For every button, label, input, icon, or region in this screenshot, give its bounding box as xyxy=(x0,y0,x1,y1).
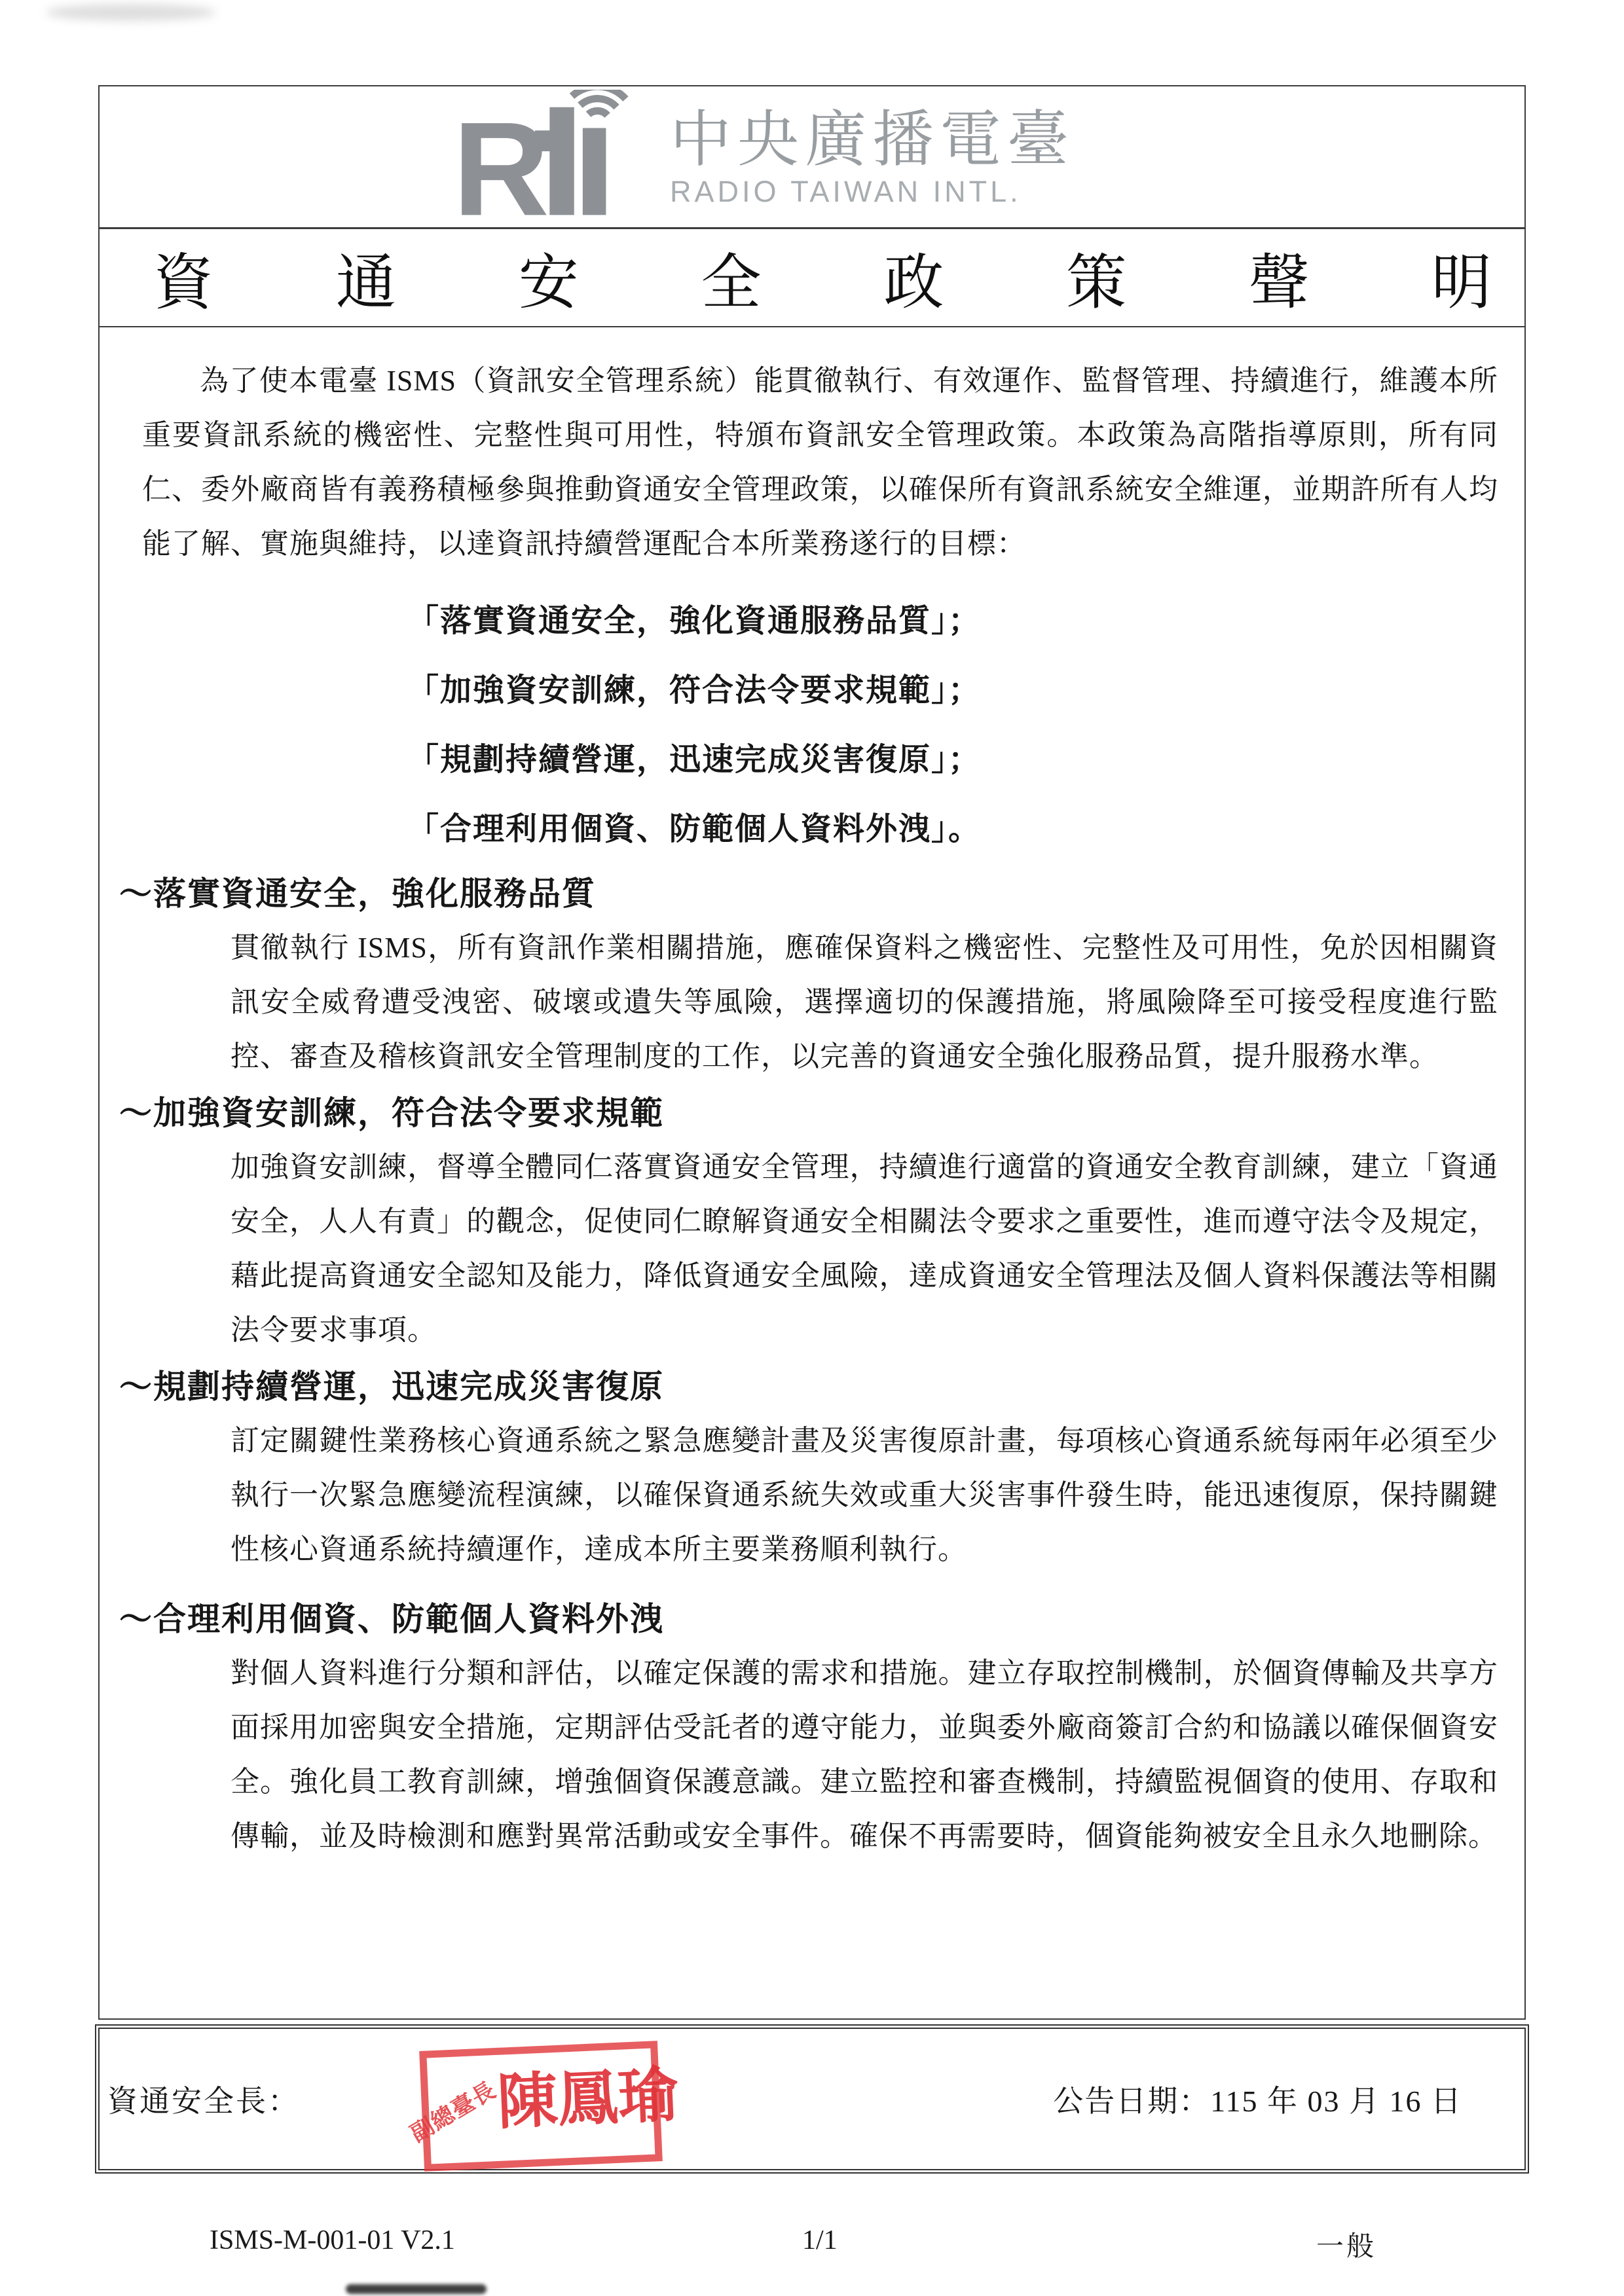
title-char: 資 xyxy=(153,234,213,321)
title-char: 明 xyxy=(1431,234,1492,321)
org-names: 中央廣播電臺 RADIO TAIWAN INTL. xyxy=(670,105,1075,209)
section-heading-3: ～規劃持續營運，迅速完成災害復原 xyxy=(119,1366,1498,1407)
stamp-name: 陳鳳瑜 xyxy=(496,2065,680,2133)
rti-logo: R 中央廣播電臺 RADIO TAIWAN INTL. xyxy=(458,90,1075,224)
signature-box: 資通安全長： 副總臺長 陳鳳瑜 公告日期：115 年 03 月 16 日 xyxy=(98,2028,1526,2170)
document-page: R 中央廣播電臺 RADIO TAIWAN INTL. 資 xyxy=(0,0,1624,2296)
section-body-2: 加強資安訓練，督導全體同仁落實資通安全管理，持續進行適當的資通安全教育訓練，建立… xyxy=(231,1140,1498,1357)
policy-quotes: 「落實資通安全，強化資通服務品質」； 「加強資安訓練，符合法令要求規範」； 「規… xyxy=(119,587,1498,864)
title-char: 策 xyxy=(1066,234,1126,321)
section-heading-2: ～加強資安訓練，符合法令要求規範 xyxy=(119,1093,1498,1133)
doc-id: ISMS-M-001-01 V2.1 xyxy=(210,2225,455,2256)
section-heading-1: ～落實資通安全，強化服務品質 xyxy=(119,873,1498,914)
org-name-en: RADIO TAIWAN INTL. xyxy=(670,175,1075,209)
title-char: 通 xyxy=(336,234,396,321)
section-heading-4: ～合理利用個資、防範個人資料外洩 xyxy=(119,1599,1498,1639)
section-body-4: 對個人資料進行分類和評估，以確定保護的需求和措施。建立存取控制機制，於個資傳輸及… xyxy=(231,1646,1498,1863)
ciso-label: 資通安全長： xyxy=(107,2077,300,2121)
classification-label: 一般 xyxy=(1316,2225,1376,2264)
title-char: 安 xyxy=(519,234,579,321)
document-footer: ISMS-M-001-01 V2.1 1/1 一般 xyxy=(0,2225,1624,2264)
title-char: 全 xyxy=(701,234,762,321)
section-body-3: 訂定關鍵性業務核心資通系統之緊急應變計畫及災害復原計畫，每項核心資通系統每兩年必… xyxy=(231,1413,1498,1576)
policy-quote: 「落實資通安全，強化資通服務品質」； xyxy=(407,587,1498,656)
page-number: 1/1 xyxy=(802,2225,838,2256)
scan-smudge-top xyxy=(46,4,216,21)
org-name-zh: 中央廣播電臺 xyxy=(670,105,1075,173)
policy-quote: 「合理利用個資、防範個人資料外洩」。 xyxy=(407,795,1498,864)
letterhead: R 中央廣播電臺 RADIO TAIWAN INTL. xyxy=(100,86,1524,229)
rti-logo-mark: R xyxy=(458,90,648,224)
approval-stamp: 副總臺長 陳鳳瑜 xyxy=(419,2041,663,2172)
publish-date: 公告日期：115 年 03 月 16 日 xyxy=(1053,2077,1462,2121)
stamp-title: 副總臺長 xyxy=(403,2073,501,2149)
page-title: 資 通 安 全 政 策 聲 明 xyxy=(100,229,1524,327)
radio-waves-icon xyxy=(572,90,625,124)
policy-quote: 「規劃持續營運，迅速完成災害復原」； xyxy=(407,725,1498,795)
title-char: 政 xyxy=(883,234,944,321)
title-char: 聲 xyxy=(1249,234,1309,321)
intro-paragraph: 為了使本電臺 ISMS（資訊安全管理系統）能貫徹執行、有效運作、監督管理、持續進… xyxy=(142,354,1498,571)
policy-body: 為了使本電臺 ISMS（資訊安全管理系統）能貫徹執行、有效運作、監督管理、持續進… xyxy=(100,354,1524,1863)
section-body-1: 貫徹執行 ISMS，所有資訊作業相關措施，應確保資料之機密性、完整性及可用性，免… xyxy=(231,920,1498,1084)
document-frame: R 中央廣播電臺 RADIO TAIWAN INTL. 資 xyxy=(98,85,1526,2020)
svg-text:R: R xyxy=(458,94,549,224)
policy-quote: 「加強資安訓練，符合法令要求規範」； xyxy=(407,656,1498,725)
scan-smudge-bottom xyxy=(346,2284,487,2294)
